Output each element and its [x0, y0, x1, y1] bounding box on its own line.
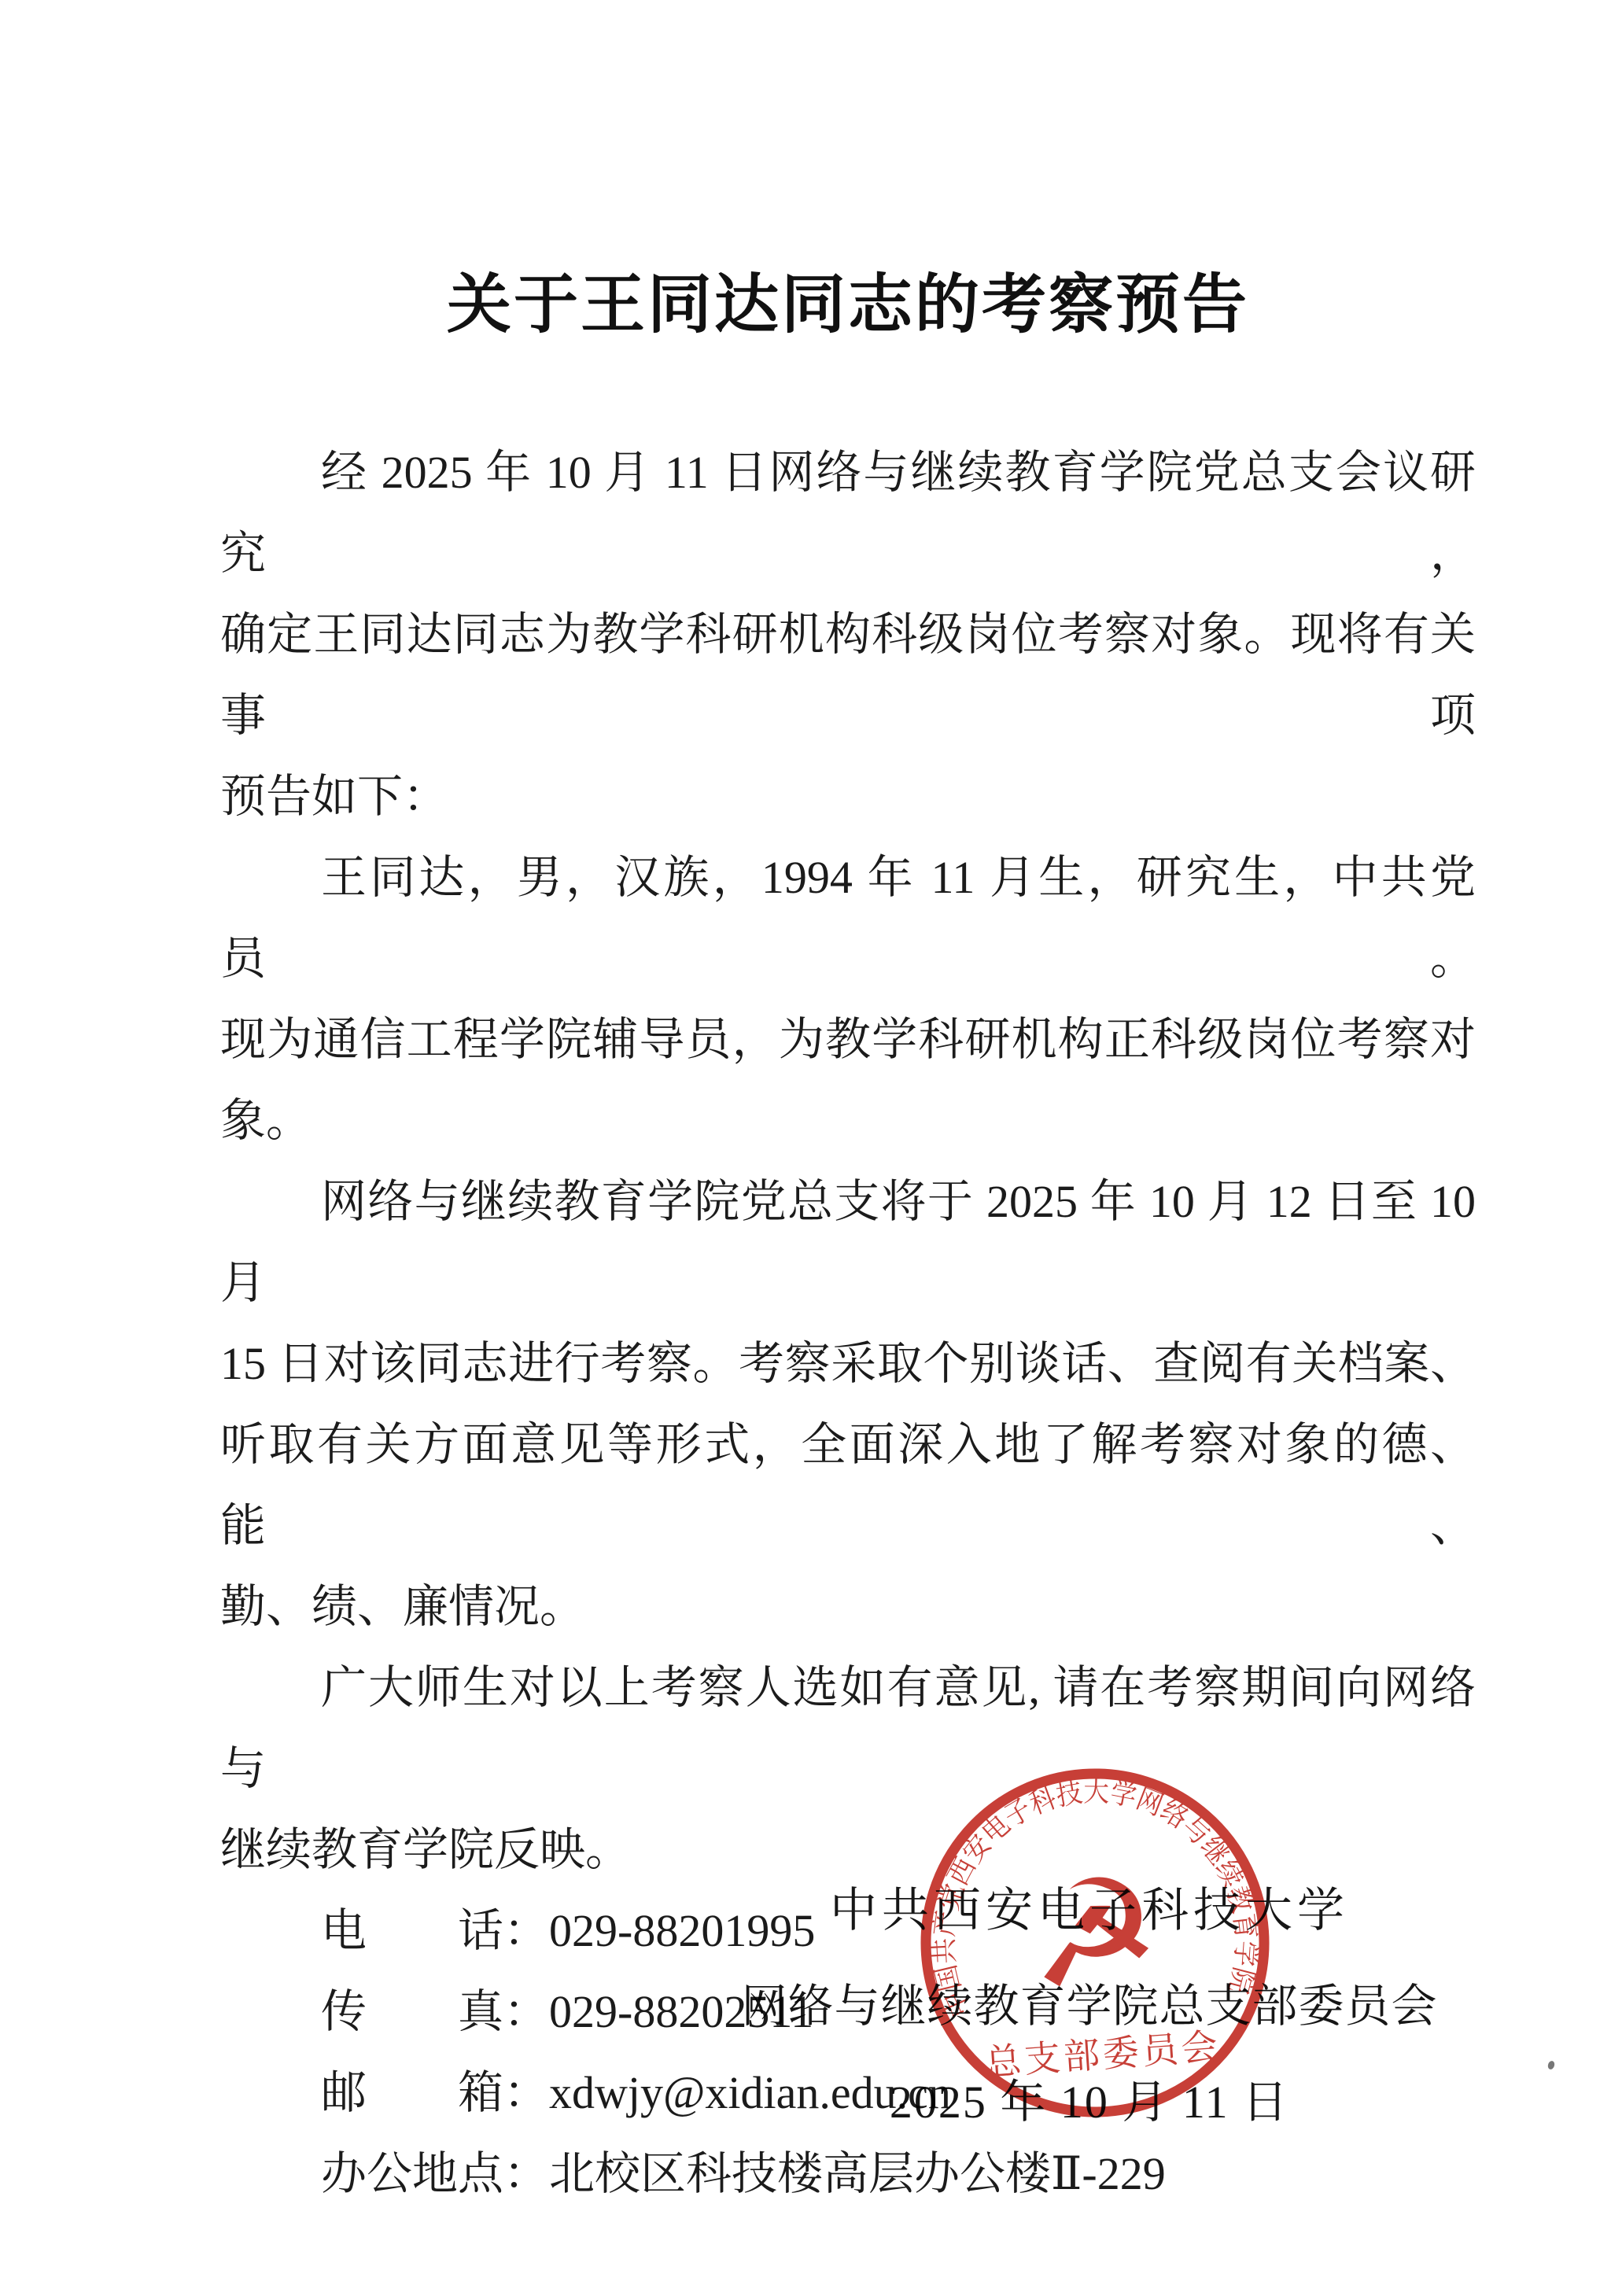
body-line: 经 2025 年 10 月 11 日网络与继续教育学院党总支会议研究， — [220, 432, 1476, 594]
body-line: 勤、绩、廉情况。 — [220, 1566, 1476, 1647]
body-line: 象。 — [220, 1080, 1476, 1161]
body-line: 预告如下： — [220, 756, 1476, 837]
official-seal: 中国共产党西安电子科技大学网络与继续教育学院 ☭ 总支部委员会 — [875, 1723, 1315, 2163]
body-line: 15 日对该同志进行考察。考察采取个别谈话、查阅有关档案、 — [220, 1323, 1476, 1404]
body-line: 王同达，男，汉族，1994 年 11 月生，研究生，中共党员。 — [220, 837, 1476, 999]
scan-speck — [1546, 2060, 1555, 2070]
hammer-sickle-icon: ☭ — [1023, 1845, 1166, 2023]
body-line: 现为通信工程学院辅导员，为教学科研机构正科级岗位考察对 — [220, 999, 1476, 1080]
document-title: 关于王同达同志的考察预告 — [220, 253, 1476, 345]
seal-bottom-text: 总支部委员会 — [984, 2026, 1222, 2083]
document-page: { "title": "关于王同达同志的考察预告", "body": { "li… — [0, 0, 1611, 2296]
body-line: 网络与继续教育学院党总支将于 2025 年 10 月 12 日至 10 月 — [220, 1161, 1476, 1323]
body-line: 听取有关方面意见等形式，全面深入地了解考察对象的德、能、 — [220, 1404, 1476, 1566]
body-line: 确定王同达同志为教学科研机构科级岗位考察对象。现将有关事项 — [220, 594, 1476, 756]
